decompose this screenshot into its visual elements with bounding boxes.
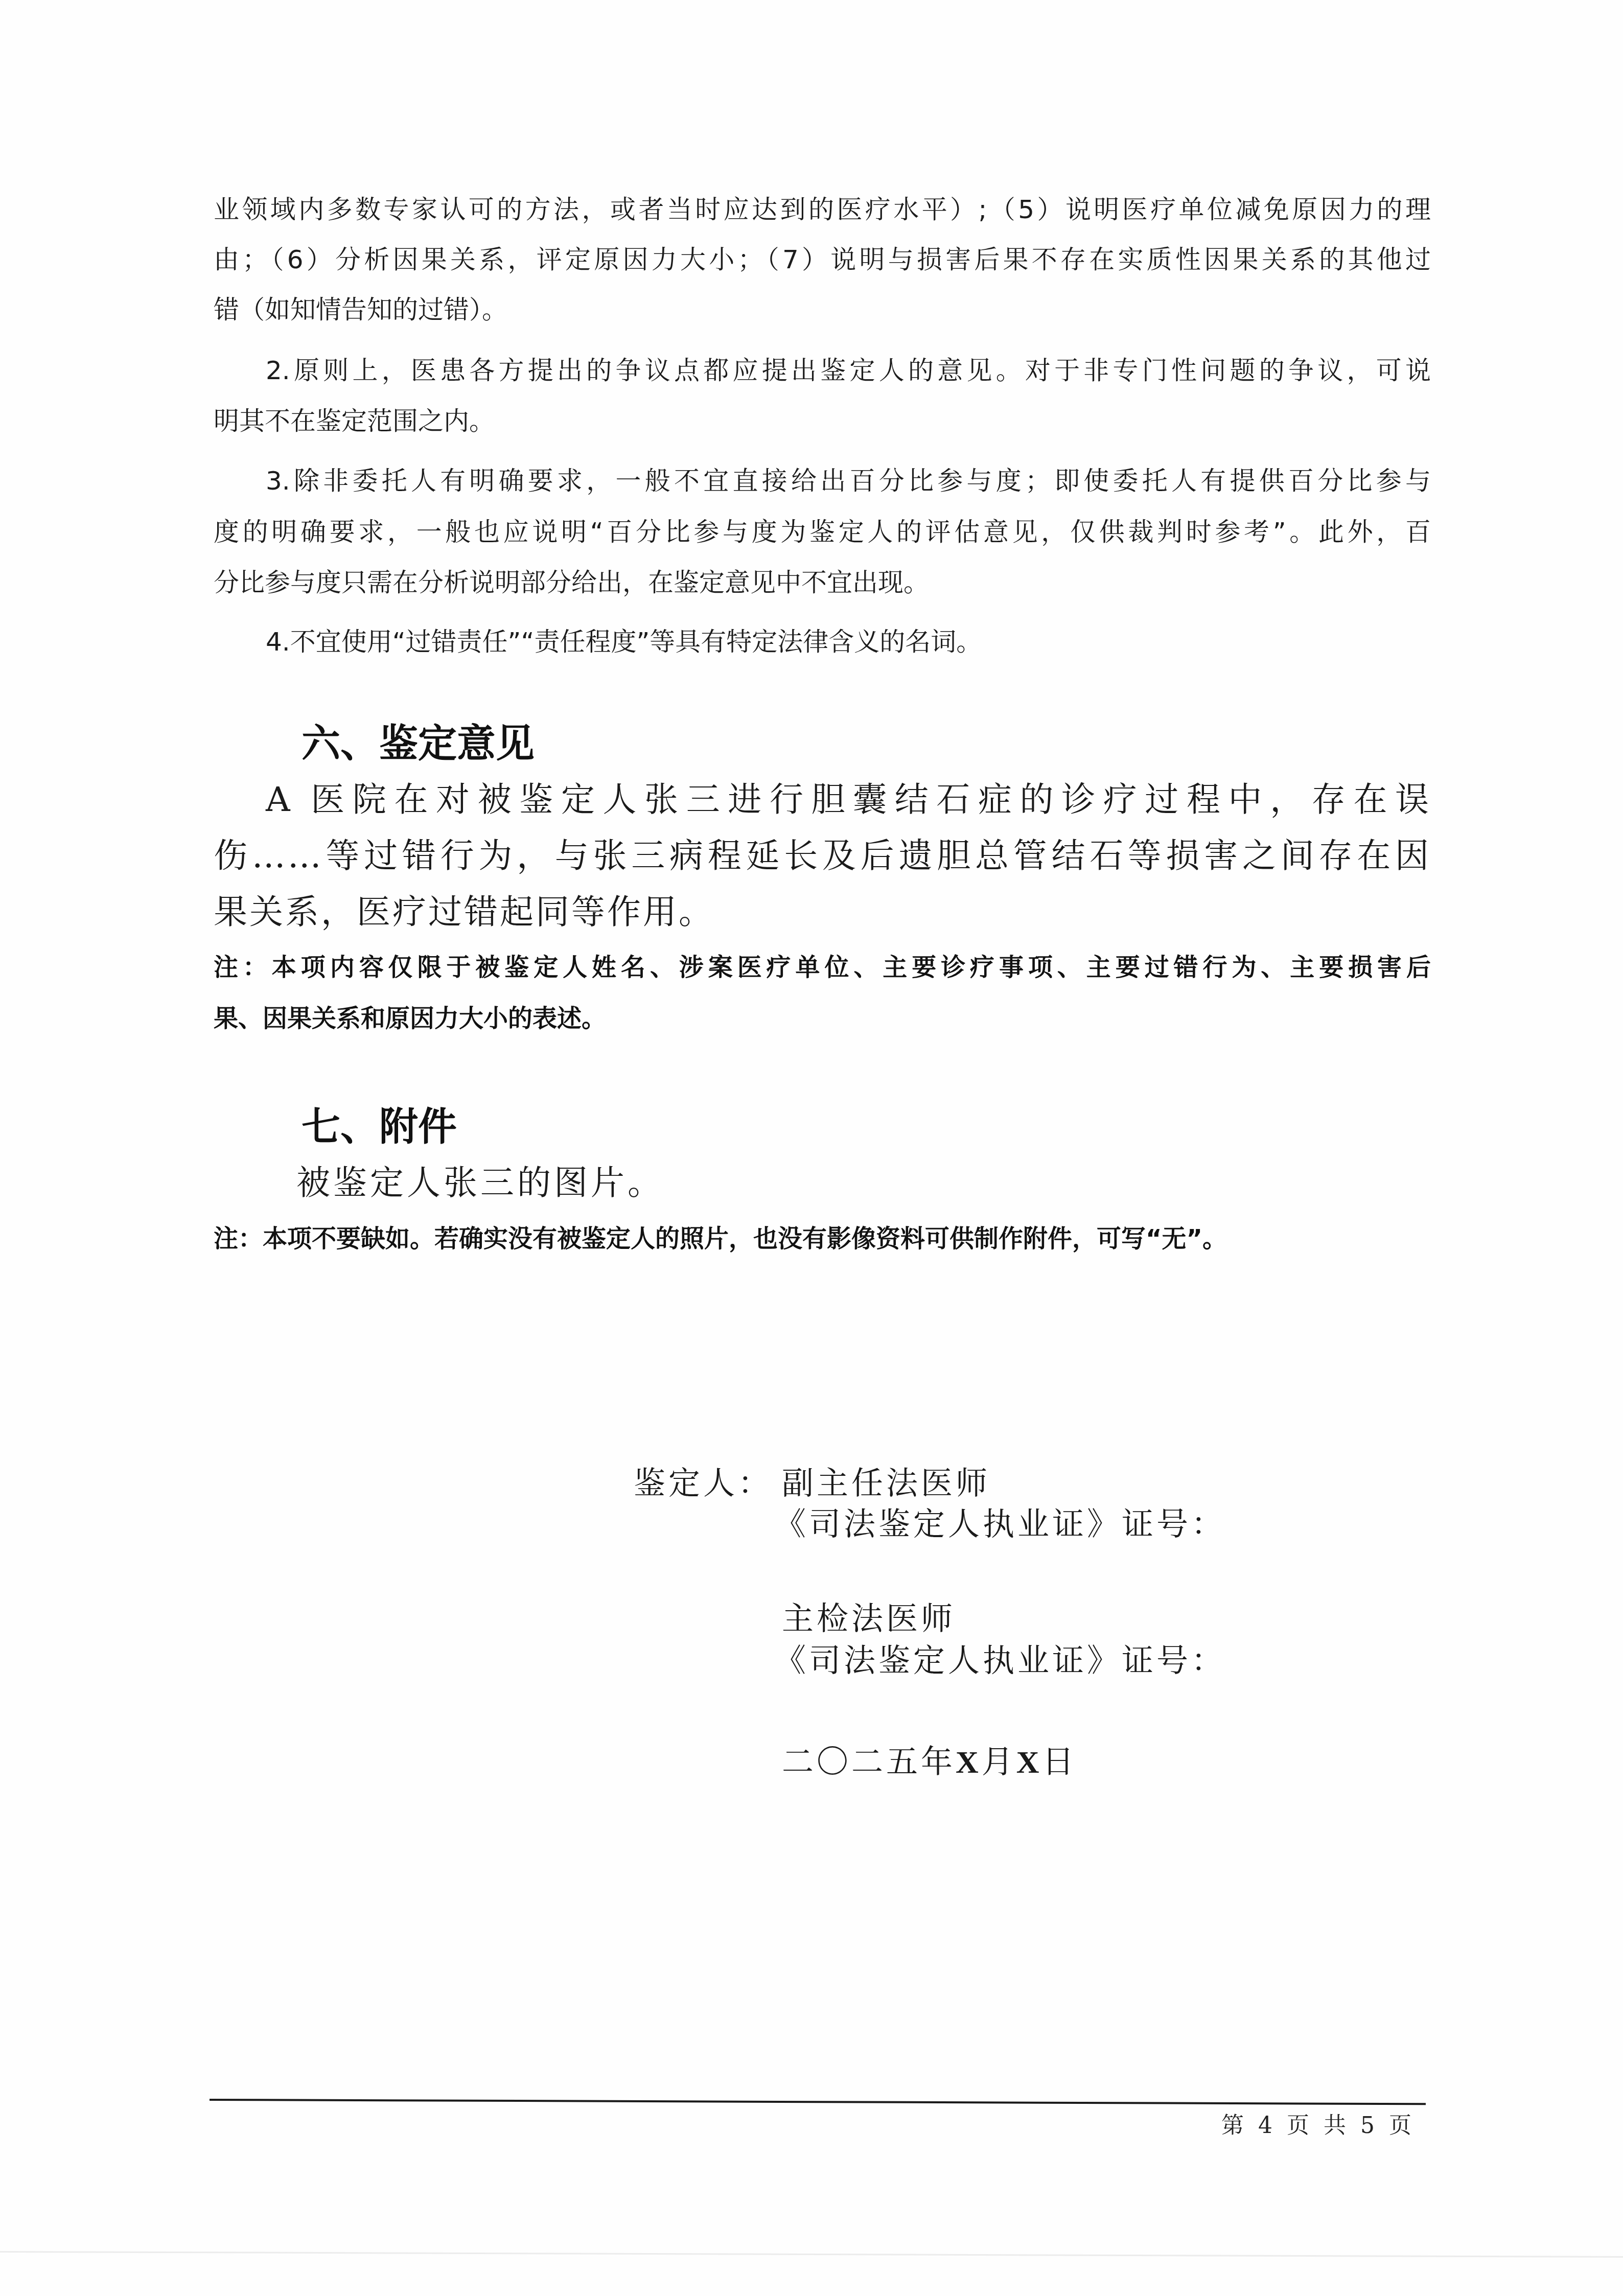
date-month: X <box>956 1745 982 1780</box>
point-3-line-3: 分比参与度只需在分析说明部分给出，在鉴定意见中不宜出现。 <box>214 566 1431 599</box>
continuation-line-3: 错（如知情告知的过错）。 <box>214 293 1431 326</box>
section-7-heading: 七、附件 <box>302 1104 457 1150</box>
point-3-line-2: 度的明确要求，一般也应说明“百分比参与度为鉴定人的评估意见，仅供裁判时参考”。此… <box>214 516 1431 548</box>
appraiser-1-title: 副主任法医师 <box>782 1464 990 1503</box>
section-6-note-line-2: 果、因果关系和原因力大小的表述。 <box>214 1003 606 1034</box>
appraiser-label: 鉴定人： <box>634 1464 773 1503</box>
appraiser-1-license: 《司法鉴定人执业证》证号： <box>774 1505 1226 1544</box>
appraiser-2-license: 《司法鉴定人执业证》证号： <box>774 1641 1226 1680</box>
signature-date: 二〇二五年X月X日 <box>782 1743 1077 1782</box>
section-7-body: 被鉴定人张三的图片。 <box>296 1163 664 1203</box>
section-6-line-2: 伤……等过错行为，与张三病程延长及后遗胆总管结石等损害之间存在因 <box>214 836 1431 876</box>
continuation-line-2: 由；（6）分析因果关系，评定原因力大小；（7）说明与损害后果不存在实质性因果关系… <box>214 243 1431 276</box>
section-6-line-3: 果关系，医疗过错起同等作用。 <box>214 892 1431 933</box>
footer-divider <box>210 2099 1426 2105</box>
section-6-line-1: A 医院在对被鉴定人张三进行胆囊结石症的诊疗过程中，存在误 <box>266 779 1431 820</box>
scan-edge-line <box>0 2251 1623 2258</box>
date-day-unit: 日 <box>1042 1743 1077 1780</box>
point-2-line-2: 明其不在鉴定范围之内。 <box>214 405 1431 437</box>
section-7-note: 注：本项不要缺如。若确实没有被鉴定人的照片，也没有影像资料可供制作附件，可写“无… <box>214 1223 1227 1255</box>
continuation-line-1: 业领域内多数专家认可的方法，或者当时应达到的医疗水平）;（5）说明医疗单位减免原… <box>214 193 1431 226</box>
date-day: X <box>1016 1745 1042 1780</box>
appraiser-2-title: 主检法医师 <box>782 1599 956 1638</box>
point-4-line-1: 4.不宜使用“过错责任”“责任程度”等具有特定法律含义的名词。 <box>266 625 1431 658</box>
date-month-unit: 月 <box>982 1743 1016 1780</box>
document-page: 业领域内多数专家认可的方法，或者当时应达到的医疗水平）;（5）说明医疗单位减免原… <box>0 0 1623 2296</box>
point-3-line-1: 3.除非委托人有明确要求，一般不宜直接给出百分比参与度；即使委托人有提供百分比参… <box>266 465 1431 497</box>
section-6-heading: 六、鉴定意见 <box>302 721 535 767</box>
section-6-note-line-1: 注：本项内容仅限于被鉴定人姓名、涉案医疗单位、主要诊疗事项、主要过错行为、主要损… <box>214 952 1431 983</box>
page-number: 第 4 页 共 5 页 <box>1221 2112 1411 2140</box>
date-year: 二〇二五年 <box>782 1743 956 1780</box>
point-2-line-1: 2.原则上，医患各方提出的争议点都应提出鉴定人的意见。对于非专门性问题的争议，可… <box>266 354 1431 387</box>
